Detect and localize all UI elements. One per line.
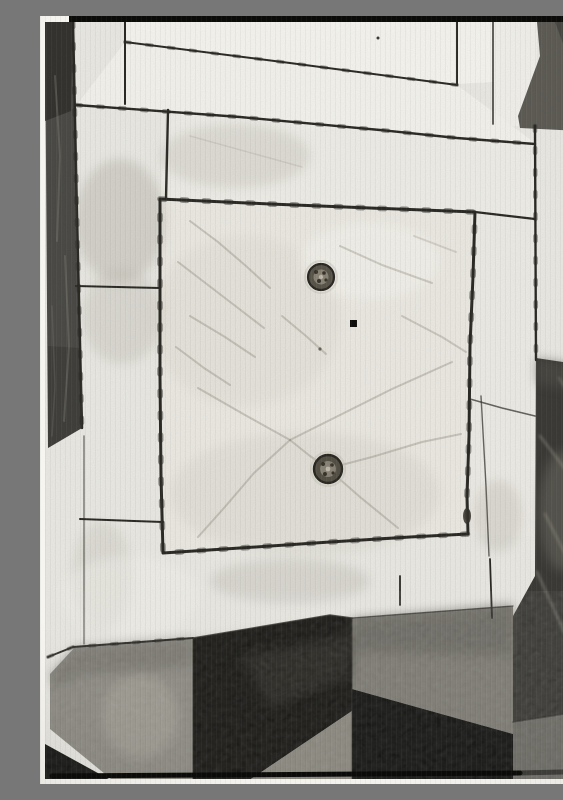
border-left bbox=[40, 16, 45, 784]
frame-line-bottom bbox=[52, 773, 520, 776]
scene-root bbox=[40, 16, 563, 784]
border-bottom bbox=[40, 779, 563, 784]
photo-canvas bbox=[40, 16, 563, 784]
border-top-left bbox=[40, 16, 69, 22]
frame-line-bottom-right bbox=[520, 771, 563, 773]
bottom-grain bbox=[45, 591, 563, 783]
marble-floor-photograph bbox=[40, 16, 563, 784]
